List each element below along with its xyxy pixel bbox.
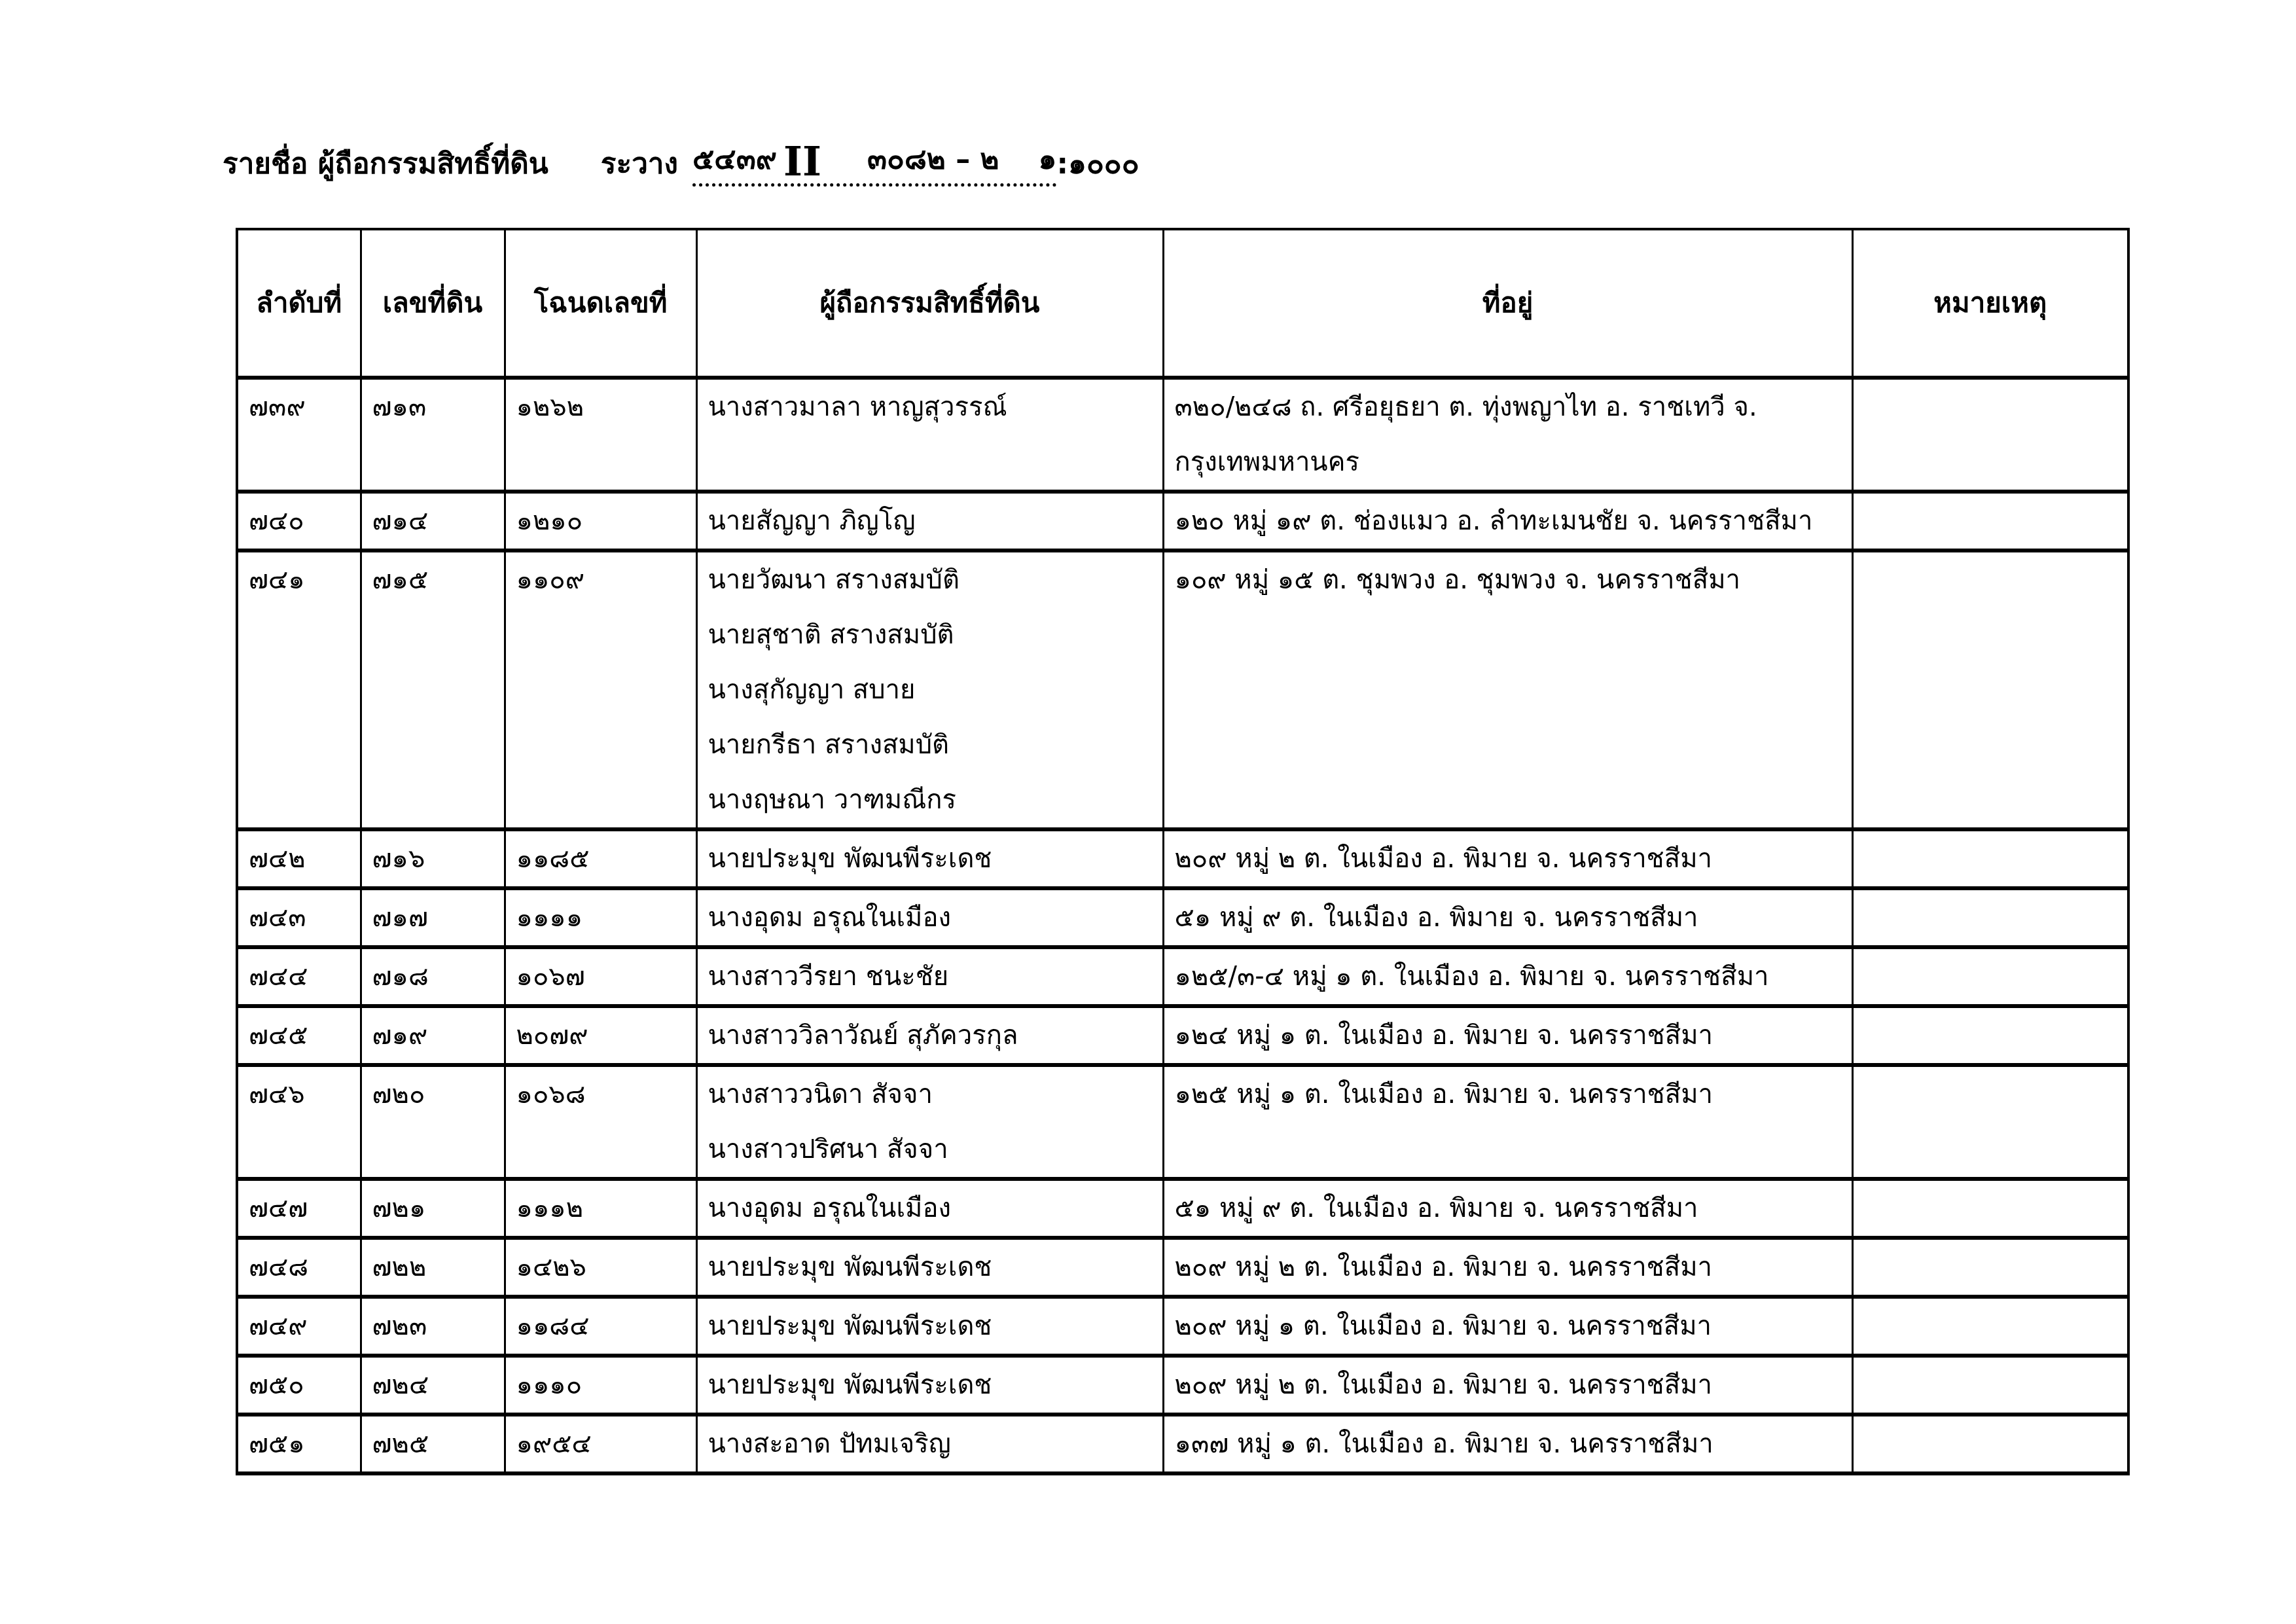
cell-deed-line: ๑๑๘๔	[516, 1299, 685, 1354]
cell-address: ๒๐๙ หมู่ ๒ ต. ในเมือง อ. พิมาย จ. นครราช…	[1163, 1238, 1852, 1297]
cell-remark-line	[1864, 1181, 2117, 1236]
table-row: ๗๔๓๗๑๗๑๑๑๑นางอุดม อรุณในเมือง๕๑ หมู่ ๙ ต…	[237, 888, 2128, 947]
cell-remark	[1852, 947, 2128, 1006]
cell-address-line: ๕๑ หมู่ ๙ ต. ในเมือง อ. พิมาย จ. นครราชส…	[1175, 890, 1841, 945]
table-row: ๗๔๘๗๒๒๑๔๒๖นายประมุข พัฒนพีระเดช๒๐๙ หมู่ …	[237, 1238, 2128, 1297]
cell-deed: ๒๐๗๙	[505, 1006, 696, 1065]
cell-deed: ๑๐๖๘	[505, 1065, 696, 1179]
cell-address-line: ๑๒๐ หมู่ ๑๙ ต. ช่องแมว อ. ลำทะเมนชัย จ. …	[1175, 494, 1841, 549]
cell-owner-line: นางสุกัญญา สบาย	[708, 662, 1152, 717]
cell-address-line: ๑๐๙ หมู่ ๑๕ ต. ชุมพวง อ. ชุมพวง จ. นครรา…	[1175, 552, 1841, 607]
cell-order: ๗๔๐	[237, 492, 361, 550]
cell-remark	[1852, 378, 2128, 492]
cell-remark	[1852, 1006, 2128, 1065]
cell-deed-line: ๑๑๐๙	[516, 552, 685, 607]
cell-deed: ๑๐๖๗	[505, 947, 696, 1006]
cell-order-line: ๗๕๑	[249, 1416, 350, 1471]
cell-owner: นายประมุข พัฒนพีระเดช	[696, 1356, 1163, 1415]
cell-owner-line: นายประมุข พัฒนพีระเดช	[708, 1358, 1152, 1413]
cell-deed: ๑๙๕๔	[505, 1415, 696, 1473]
cell-remark-line	[1864, 1008, 2117, 1063]
cell-parcel: ๗๒๐	[361, 1065, 505, 1179]
cell-order: ๗๔๖	[237, 1065, 361, 1179]
cell-address: ๑๒๕/๓-๔ หมู่ ๑ ต. ในเมือง อ. พิมาย จ. นค…	[1163, 947, 1852, 1006]
table-row: ๗๓๙๗๑๓๑๒๖๒นางสาวมาลา หาญสุวรรณ์๓๒๐/๒๔๘ ถ…	[237, 378, 2128, 492]
cell-order: ๗๓๙	[237, 378, 361, 492]
table-row: ๗๔๗๗๒๑๑๑๑๒นางอุดม อรุณในเมือง๕๑ หมู่ ๙ ต…	[237, 1179, 2128, 1238]
cell-parcel-line: ๗๒๒	[372, 1240, 493, 1295]
cell-owner-line: นางอุดม อรุณในเมือง	[708, 890, 1152, 945]
cell-deed: ๑๑๘๔	[505, 1297, 696, 1356]
cell-order: ๗๔๓	[237, 888, 361, 947]
cell-parcel-line: ๗๒๕	[372, 1416, 493, 1471]
cell-owner: นายสัญญา ภิญโญ	[696, 492, 1163, 550]
table-row: ๗๔๔๗๑๘๑๐๖๗นางสาววีรยา ชนะชัย๑๒๕/๓-๔ หมู่…	[237, 947, 2128, 1006]
cell-owner: นางอุดม อรุณในเมือง	[696, 888, 1163, 947]
cell-parcel: ๗๒๔	[361, 1356, 505, 1415]
header-address: ที่อยู่	[1163, 229, 1852, 378]
header-deed: โฉนดเลขที่	[505, 229, 696, 378]
cell-remark-line	[1864, 552, 2117, 607]
cell-owner: นางอุดม อรุณในเมือง	[696, 1179, 1163, 1238]
cell-owner-line: นายกรีธา สรางสมบัติ	[708, 717, 1152, 772]
cell-owner-line: นายวัฒนา สรางสมบัติ	[708, 552, 1152, 607]
cell-address-line: ๑๓๗ หมู่ ๑ ต. ในเมือง อ. พิมาย จ. นครราช…	[1175, 1416, 1841, 1471]
cell-deed: ๑๑๘๕	[505, 829, 696, 888]
cell-parcel-line: ๗๑๘	[372, 949, 493, 1004]
cell-deed-line: ๑๐๖๗	[516, 949, 685, 1004]
cell-order-line: ๗๔๗	[249, 1181, 350, 1236]
cell-deed-line: ๑๑๘๕	[516, 831, 685, 886]
table-row: ๗๔๙๗๒๓๑๑๘๔นายประมุข พัฒนพีระเดช๒๐๙ หมู่ …	[237, 1297, 2128, 1356]
cell-address-line: ๑๒๕ หมู่ ๑ ต. ในเมือง อ. พิมาย จ. นครราช…	[1175, 1067, 1841, 1122]
cell-owner: นายประมุข พัฒนพีระเดช	[696, 829, 1163, 888]
cell-deed: ๑๑๑๒	[505, 1179, 696, 1238]
table-header-row: ลำดับที่ เลขที่ดิน โฉนดเลขที่ ผู้ถือกรรม…	[237, 229, 2128, 378]
cell-parcel: ๗๒๕	[361, 1415, 505, 1473]
cell-address-line: ๑๒๕/๓-๔ หมู่ ๑ ต. ในเมือง อ. พิมาย จ. นค…	[1175, 949, 1841, 1004]
cell-address: ๒๐๙ หมู่ ๒ ต. ในเมือง อ. พิมาย จ. นครราช…	[1163, 829, 1852, 888]
header-order: ลำดับที่	[237, 229, 361, 378]
cell-order: ๗๔๒	[237, 829, 361, 888]
cell-remark	[1852, 1238, 2128, 1297]
cell-parcel: ๗๑๙	[361, 1006, 505, 1065]
header-parcel: เลขที่ดิน	[361, 229, 505, 378]
cell-address-line: ๒๐๙ หมู่ ๑ ต. ในเมือง อ. พิมาย จ. นครราช…	[1175, 1299, 1841, 1354]
cell-parcel-line: ๗๑๗	[372, 890, 493, 945]
cell-order-line: ๗๔๓	[249, 890, 350, 945]
table-row: ๗๔๑๗๑๕๑๑๐๙นายวัฒนา สรางสมบัตินายสุชาติ ส…	[237, 550, 2128, 829]
cell-remark	[1852, 492, 2128, 550]
cell-order-line: ๗๕๐	[249, 1358, 350, 1413]
cell-owner-line: นางสาววนิดา สัจจา	[708, 1067, 1152, 1122]
cell-parcel-line: ๗๒๑	[372, 1181, 493, 1236]
sheet-roman: II	[783, 141, 821, 182]
cell-remark	[1852, 1356, 2128, 1415]
cell-remark-line	[1864, 1416, 2117, 1471]
cell-order: ๗๔๘	[237, 1238, 361, 1297]
cell-parcel: ๗๒๓	[361, 1297, 505, 1356]
cell-address: ๕๑ หมู่ ๙ ต. ในเมือง อ. พิมาย จ. นครราชส…	[1163, 888, 1852, 947]
cell-owner: นางสาววีรยา ชนะชัย	[696, 947, 1163, 1006]
cell-owner-line: นางสาวมาลา หาญสุวรรณ์	[708, 380, 1152, 435]
cell-remark-line	[1864, 380, 2117, 435]
cell-deed-line: ๑๒๑๐	[516, 494, 685, 549]
header-remark: หมายเหตุ	[1852, 229, 2128, 378]
scale-prefix: ๑	[1038, 136, 1056, 182]
cell-owner: นายวัฒนา สรางสมบัตินายสุชาติ สรางสมบัติน…	[696, 550, 1163, 829]
cell-remark-line	[1864, 890, 2117, 945]
cell-address-line: ๑๒๔ หมู่ ๑ ต. ในเมือง อ. พิมาย จ. นครราช…	[1175, 1008, 1841, 1063]
document-title: รายชื่อ ผู้ถือกรรมสิทธิ์ที่ดิน ระวาง ๕๔๓…	[223, 134, 1139, 187]
cell-parcel: ๗๒๑	[361, 1179, 505, 1238]
cell-order: ๗๔๗	[237, 1179, 361, 1238]
cell-parcel-line: ๗๑๕	[372, 552, 493, 607]
cell-remark	[1852, 888, 2128, 947]
table-row: ๗๕๐๗๒๔๑๑๑๐นายประมุข พัฒนพีระเดช๒๐๙ หมู่ …	[237, 1356, 2128, 1415]
cell-remark	[1852, 1297, 2128, 1356]
cell-address-line: ๒๐๙ หมู่ ๒ ต. ในเมือง อ. พิมาย จ. นครราช…	[1175, 831, 1841, 886]
cell-remark-line	[1864, 949, 2117, 1004]
cell-owner-line: นางสาววิลาวัณย์ สุภัควรกุล	[708, 1008, 1152, 1063]
cell-owner-line: นางสะอาด ปัทมเจริญ	[708, 1416, 1152, 1471]
sheet-reference: ๕๔๓๙ II ๓๐๘๒ – ๒ ๑	[692, 136, 1056, 187]
cell-order: ๗๔๑	[237, 550, 361, 829]
cell-address: ๑๒๐ หมู่ ๑๙ ต. ช่องแมว อ. ลำทะเมนชัย จ. …	[1163, 492, 1852, 550]
cell-parcel: ๗๑๔	[361, 492, 505, 550]
scale-rest: :๑๐๐๐	[1056, 141, 1139, 187]
cell-address-line: ๓๒๐/๒๔๘ ถ. ศรีอยุธยา ต. ทุ่งพญาไท อ. ราช…	[1175, 380, 1841, 435]
cell-deed-line: ๒๐๗๙	[516, 1008, 685, 1063]
cell-owner-line: นางฤษณา วาฑมณีกร	[708, 772, 1152, 827]
cell-parcel-line: ๗๑๔	[372, 494, 493, 549]
cell-owner: นางสะอาด ปัทมเจริญ	[696, 1415, 1163, 1473]
cell-order-line: ๗๔๒	[249, 831, 350, 886]
cell-order: ๗๔๙	[237, 1297, 361, 1356]
table-row: ๗๕๑๗๒๕๑๙๕๔นางสะอาด ปัทมเจริญ๑๓๗ หมู่ ๑ ต…	[237, 1415, 2128, 1473]
cell-owner-line: นายประมุข พัฒนพีระเดช	[708, 1299, 1152, 1354]
cell-remark-line	[1864, 1067, 2117, 1122]
cell-deed: ๑๒๖๒	[505, 378, 696, 492]
cell-deed: ๑๑๐๙	[505, 550, 696, 829]
cell-owner-line: นายสัญญา ภิญโญ	[708, 494, 1152, 549]
cell-owner: นางสาวมาลา หาญสุวรรณ์	[696, 378, 1163, 492]
sheet-label: ระวาง	[601, 141, 678, 187]
cell-remark	[1852, 829, 2128, 888]
table-row: ๗๔๐๗๑๔๑๒๑๐นายสัญญา ภิญโญ๑๒๐ หมู่ ๑๙ ต. ช…	[237, 492, 2128, 550]
cell-address-line: ๒๐๙ หมู่ ๒ ต. ในเมือง อ. พิมาย จ. นครราช…	[1175, 1358, 1841, 1413]
cell-deed: ๑๑๑๑	[505, 888, 696, 947]
cell-remark	[1852, 1415, 2128, 1473]
cell-order-line: ๗๓๙	[249, 380, 350, 435]
cell-address-line: กรุงเทพมหานคร	[1175, 435, 1841, 490]
cell-order: ๗๕๐	[237, 1356, 361, 1415]
cell-address: ๕๑ หมู่ ๙ ต. ในเมือง อ. พิมาย จ. นครราชส…	[1163, 1179, 1852, 1238]
sheet-number: ๕๔๓๙	[692, 136, 777, 182]
cell-order: ๗๔๕	[237, 1006, 361, 1065]
table-row: ๗๔๒๗๑๖๑๑๘๕นายประมุข พัฒนพีระเดช๒๐๙ หมู่ …	[237, 829, 2128, 888]
cell-owner: นายประมุข พัฒนพีระเดช	[696, 1297, 1163, 1356]
cell-address: ๑๐๙ หมู่ ๑๕ ต. ชุมพวง อ. ชุมพวง จ. นครรา…	[1163, 550, 1852, 829]
cell-deed: ๑๑๑๐	[505, 1356, 696, 1415]
cell-order-line: ๗๔๔	[249, 949, 350, 1004]
cell-parcel-line: ๗๒๔	[372, 1358, 493, 1413]
sheet-sub: ๓๐๘๒ – ๒	[867, 136, 999, 182]
cell-parcel: ๗๑๖	[361, 829, 505, 888]
title-text: รายชื่อ ผู้ถือกรรมสิทธิ์ที่ดิน	[223, 141, 548, 187]
cell-order-line: ๗๔๕	[249, 1008, 350, 1063]
cell-parcel-line: ๗๑๖	[372, 831, 493, 886]
cell-address: ๑๓๗ หมู่ ๑ ต. ในเมือง อ. พิมาย จ. นครราช…	[1163, 1415, 1852, 1473]
cell-order-line: ๗๔๖	[249, 1067, 350, 1122]
cell-deed-line: ๑๑๑๑	[516, 890, 685, 945]
owners-table: ลำดับที่ เลขที่ดิน โฉนดเลขที่ ผู้ถือกรรม…	[236, 228, 2130, 1475]
cell-remark-line	[1864, 831, 2117, 886]
table-row: ๗๔๕๗๑๙๒๐๗๙นางสาววิลาวัณย์ สุภัควรกุล๑๒๔ …	[237, 1006, 2128, 1065]
cell-owner-line: นางอุดม อรุณในเมือง	[708, 1181, 1152, 1236]
cell-remark-line	[1864, 1240, 2117, 1295]
cell-address: ๑๒๔ หมู่ ๑ ต. ในเมือง อ. พิมาย จ. นครราช…	[1163, 1006, 1852, 1065]
cell-deed-line: ๑๑๑๐	[516, 1358, 685, 1413]
cell-owner: นางสาววนิดา สัจจานางสาวปริศนา สัจจา	[696, 1065, 1163, 1179]
header-owner: ผู้ถือกรรมสิทธิ์ที่ดิน	[696, 229, 1163, 378]
cell-parcel: ๗๑๗	[361, 888, 505, 947]
cell-deed-line: ๑๑๑๒	[516, 1181, 685, 1236]
cell-order: ๗๕๑	[237, 1415, 361, 1473]
cell-remark	[1852, 1065, 2128, 1179]
cell-deed-line: ๑๐๖๘	[516, 1067, 685, 1122]
cell-remark	[1852, 550, 2128, 829]
cell-remark	[1852, 1179, 2128, 1238]
cell-order: ๗๔๔	[237, 947, 361, 1006]
cell-parcel-line: ๗๒๐	[372, 1067, 493, 1122]
cell-deed-line: ๑๔๒๖	[516, 1240, 685, 1295]
cell-deed-line: ๑๙๕๔	[516, 1416, 685, 1471]
cell-owner-line: นายประมุข พัฒนพีระเดช	[708, 831, 1152, 886]
cell-address: ๑๒๕ หมู่ ๑ ต. ในเมือง อ. พิมาย จ. นครราช…	[1163, 1065, 1852, 1179]
cell-address: ๓๒๐/๒๔๘ ถ. ศรีอยุธยา ต. ทุ่งพญาไท อ. ราช…	[1163, 378, 1852, 492]
cell-owner-line: นางสาววีรยา ชนะชัย	[708, 949, 1152, 1004]
cell-deed: ๑๔๒๖	[505, 1238, 696, 1297]
cell-order-line: ๗๔๑	[249, 552, 350, 607]
cell-owner-line: นายประมุข พัฒนพีระเดช	[708, 1240, 1152, 1295]
cell-owner-line: นายสุชาติ สรางสมบัติ	[708, 607, 1152, 662]
cell-parcel-line: ๗๑๙	[372, 1008, 493, 1063]
cell-parcel: ๗๑๓	[361, 378, 505, 492]
cell-parcel: ๗๑๘	[361, 947, 505, 1006]
cell-owner: นางสาววิลาวัณย์ สุภัควรกุล	[696, 1006, 1163, 1065]
cell-deed-line: ๑๒๖๒	[516, 380, 685, 435]
cell-address-line: ๒๐๙ หมู่ ๒ ต. ในเมือง อ. พิมาย จ. นครราช…	[1175, 1240, 1841, 1295]
cell-order-line: ๗๔๘	[249, 1240, 350, 1295]
cell-parcel-line: ๗๑๓	[372, 380, 493, 435]
cell-parcel: ๗๒๒	[361, 1238, 505, 1297]
cell-remark-line	[1864, 1358, 2117, 1413]
cell-remark-line	[1864, 494, 2117, 549]
cell-address: ๒๐๙ หมู่ ๒ ต. ในเมือง อ. พิมาย จ. นครราช…	[1163, 1356, 1852, 1415]
cell-deed: ๑๒๑๐	[505, 492, 696, 550]
cell-parcel: ๗๑๕	[361, 550, 505, 829]
cell-owner-line: นางสาวปริศนา สัจจา	[708, 1122, 1152, 1177]
cell-remark-line	[1864, 1299, 2117, 1354]
cell-parcel-line: ๗๒๓	[372, 1299, 493, 1354]
cell-owner: นายประมุข พัฒนพีระเดช	[696, 1238, 1163, 1297]
cell-address: ๒๐๙ หมู่ ๑ ต. ในเมือง อ. พิมาย จ. นครราช…	[1163, 1297, 1852, 1356]
cell-order-line: ๗๔๐	[249, 494, 350, 549]
cell-order-line: ๗๔๙	[249, 1299, 350, 1354]
table-row: ๗๔๖๗๒๐๑๐๖๘นางสาววนิดา สัจจานางสาวปริศนา …	[237, 1065, 2128, 1179]
cell-address-line: ๕๑ หมู่ ๙ ต. ในเมือง อ. พิมาย จ. นครราชส…	[1175, 1181, 1841, 1236]
